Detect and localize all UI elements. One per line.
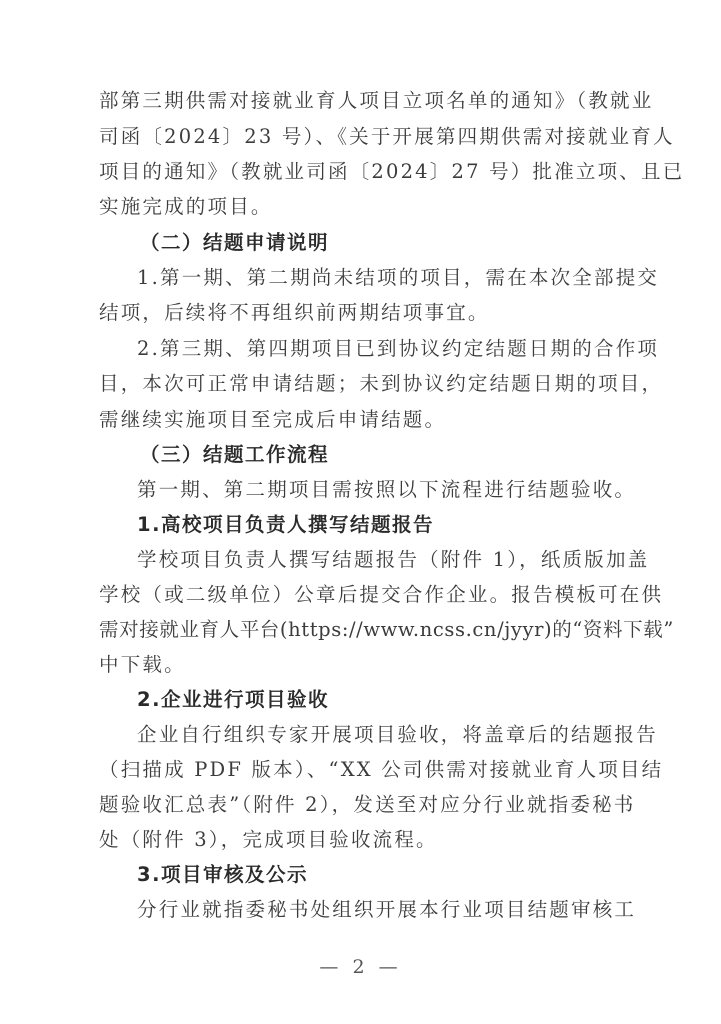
body-text-line: 学校项目负责人撰写结题报告（附件 1），纸质版加盖 xyxy=(137,547,629,573)
body-text-line: 中下载。 xyxy=(99,652,629,678)
subheading-3: 3.项目审核及公示 xyxy=(137,862,629,888)
body-text-line: 分行业就指委秘书处组织开展本行业项目结题审核工 xyxy=(137,897,629,923)
subheading-2: 2.企业进行项目验收 xyxy=(137,687,629,713)
body-text-line: 题验收汇总表”（附件 2），发送至对应分行业就指委秘书 xyxy=(99,792,629,818)
body-text-line: 2.第三期、第四期项目已到协议约定结题日期的合作项 xyxy=(137,336,629,362)
body-text-line: 第一期、第二期项目需按照以下流程进行结题验收。 xyxy=(137,477,629,503)
subheading-1: 1.高校项目负责人撰写结题报告 xyxy=(137,512,629,538)
body-text-line: 实施完成的项目。 xyxy=(99,194,629,220)
body-text-line: 处（附件 3），完成项目验收流程。 xyxy=(99,827,629,853)
body-text-line-with-url: 需对接就业育人平台(https://www.ncss.cn/jyyr)的“资料下… xyxy=(99,617,629,643)
page-number: — 2 — xyxy=(0,956,721,978)
document-page: 部第三期供需对接就业育人项目立项名单的通知》（教就业 司函〔2024〕23 号）… xyxy=(0,0,721,1024)
body-text-line: 企业自行组织专家开展项目验收，将盖章后的结题报告 xyxy=(137,722,629,748)
body-text-line: （扫描成 PDF 版本）、“XX 公司供需对接就业育人项目结 xyxy=(99,757,629,783)
body-text-line: 目，本次可正常申请结题；未到协议约定结题日期的项目， xyxy=(99,371,629,397)
body-text-line: 结项，后续将不再组织前两期结项事宜。 xyxy=(99,300,629,326)
section-heading-3: （三）结题工作流程 xyxy=(140,442,670,468)
body-text-line: 司函〔2024〕23 号）、《关于开展第四期供需对接就业育人 xyxy=(99,124,629,150)
body-text-line: 1.第一期、第二期尚未结项的项目，需在本次全部提交 xyxy=(137,265,629,291)
body-text-line: 学校（或二级单位）公章后提交合作企业。报告模板可在供 xyxy=(99,582,629,608)
body-text-line: 部第三期供需对接就业育人项目立项名单的通知》（教就业 xyxy=(99,88,629,114)
body-text-line: 项目的通知》（教就业司函〔2024〕27 号）批准立项、且已 xyxy=(99,159,629,185)
body-text-line: 需继续实施项目至完成后申请结题。 xyxy=(99,407,629,433)
section-heading-2: （二）结题申请说明 xyxy=(140,230,670,256)
